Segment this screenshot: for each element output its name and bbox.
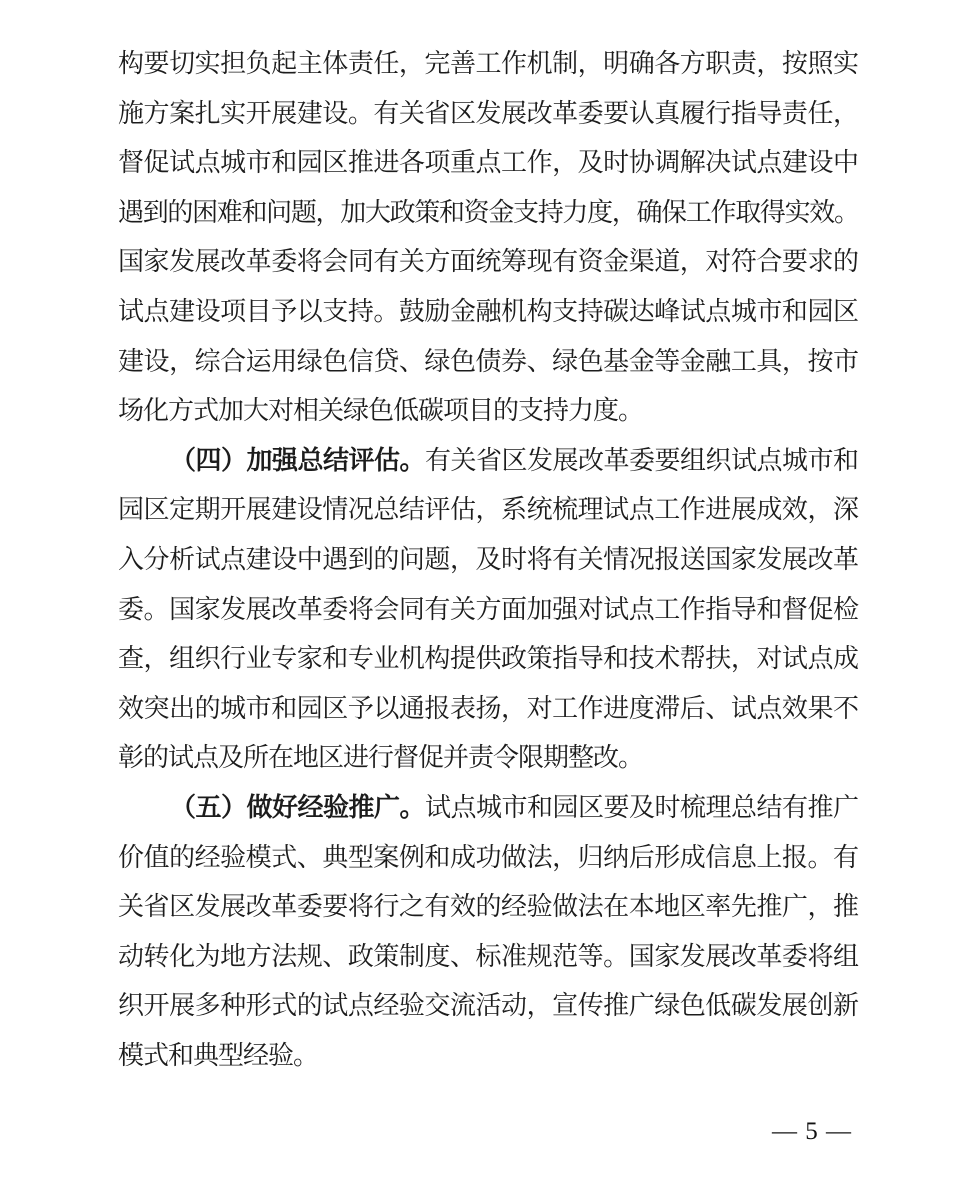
text-line: 试点建设项目予以支持。鼓励金融机构支持碳达峰试点城市和园区 xyxy=(118,287,858,337)
text-line: 效突出的城市和园区予以通报表扬，对工作进度滞后、试点效果不 xyxy=(118,684,858,734)
body-text: 建设，综合运用绿色信贷、绿色债券、绿色基金等金融工具，按市 xyxy=(118,347,858,376)
page-number: — 5 — xyxy=(772,1112,852,1152)
text-line: 动转化为地方法规、政策制度、标准规范等。国家发展改革委将组 xyxy=(118,932,858,982)
body-text: 试点城市和园区要及时梳理总结有推广 xyxy=(425,793,858,822)
text-line: 国家发展改革委将会同有关方面统筹现有资金渠道，对符合要求的 xyxy=(118,237,858,287)
document-body: 构要切实担负起主体责任，完善工作机制，明确各方职责，按照实施方案扎实开展建设。有… xyxy=(118,39,858,1080)
body-text: 园区定期开展建设情况总结评估，系统梳理试点工作进展成效，深 xyxy=(118,495,858,524)
body-text: 织开展多种形式的试点经验交流活动，宣传推广绿色低碳发展创新 xyxy=(118,991,858,1020)
text-line: 建设，综合运用绿色信贷、绿色债券、绿色基金等金融工具，按市 xyxy=(118,337,858,387)
body-text: 委。国家发展改革委将会同有关方面加强对试点工作指导和督促检 xyxy=(118,595,858,624)
body-text: 模式和典型经验。 xyxy=(118,1041,318,1070)
text-line: （四）加强总结评估。有关省区发展改革委要组织试点城市和 xyxy=(118,436,858,486)
body-text: 价值的经验模式、典型案例和成功做法，归纳后形成信息上报。有 xyxy=(118,843,858,872)
body-text: 动转化为地方法规、政策制度、标准规范等。国家发展改革委将组 xyxy=(118,942,858,971)
text-line: 入分析试点建设中遇到的问题，及时将有关情况报送国家发展改革 xyxy=(118,535,858,585)
text-line: 查，组织行业专家和专业机构提供政策指导和技术帮扶，对试点成 xyxy=(118,634,858,684)
text-line: 织开展多种形式的试点经验交流活动，宣传推广绿色低碳发展创新 xyxy=(118,981,858,1031)
text-line: 价值的经验模式、典型案例和成功做法，归纳后形成信息上报。有 xyxy=(118,833,858,883)
text-line: 彰的试点及所在地区进行督促并责令限期整改。 xyxy=(118,733,858,783)
text-line: 遇到的困难和问题，加大政策和资金支持力度，确保工作取得实效。 xyxy=(118,188,858,238)
body-text: 彰的试点及所在地区进行督促并责令限期整改。 xyxy=(118,743,643,772)
body-text: 试点建设项目予以支持。鼓励金融机构支持碳达峰试点城市和园区 xyxy=(118,297,858,326)
text-line: 模式和典型经验。 xyxy=(118,1031,858,1081)
text-line: 督促试点城市和园区推进各项重点工作，及时协调解决试点建设中 xyxy=(118,138,858,188)
section-heading-text: （四）加强总结评估。 xyxy=(170,446,425,475)
body-text: 遇到的困难和问题，加大政策和资金支持力度，确保工作取得实效。 xyxy=(118,198,858,227)
body-text: 有关省区发展改革委要组织试点城市和 xyxy=(425,446,858,475)
text-line: 委。国家发展改革委将会同有关方面加强对试点工作指导和督促检 xyxy=(118,585,858,635)
text-line: 园区定期开展建设情况总结评估，系统梳理试点工作进展成效，深 xyxy=(118,485,858,535)
body-text: 效突出的城市和园区予以通报表扬，对工作进度滞后、试点效果不 xyxy=(118,694,858,723)
body-text: 场化方式加大对相关绿色低碳项目的支持力度。 xyxy=(118,396,643,425)
body-text: 入分析试点建设中遇到的问题，及时将有关情况报送国家发展改革 xyxy=(118,545,858,574)
body-text: 施方案扎实开展建设。有关省区发展改革委要认真履行指导责任， xyxy=(118,99,858,128)
text-line: 场化方式加大对相关绿色低碳项目的支持力度。 xyxy=(118,386,858,436)
text-line: （五）做好经验推广。试点城市和园区要及时梳理总结有推广 xyxy=(118,783,858,833)
text-line: 施方案扎实开展建设。有关省区发展改革委要认真履行指导责任， xyxy=(118,89,858,139)
body-text: 督促试点城市和园区推进各项重点工作，及时协调解决试点建设中 xyxy=(118,148,858,177)
section-heading-text: （五）做好经验推广。 xyxy=(170,793,425,822)
text-line: 关省区发展改革委要将行之有效的经验做法在本地区率先推广，推 xyxy=(118,882,858,932)
text-line: 构要切实担负起主体责任，完善工作机制，明确各方职责，按照实 xyxy=(118,39,858,89)
body-text: 关省区发展改革委要将行之有效的经验做法在本地区率先推广，推 xyxy=(118,892,858,921)
body-text: 构要切实担负起主体责任，完善工作机制，明确各方职责，按照实 xyxy=(118,49,858,78)
body-text: 查，组织行业专家和专业机构提供政策指导和技术帮扶，对试点成 xyxy=(118,644,858,673)
body-text: 国家发展改革委将会同有关方面统筹现有资金渠道，对符合要求的 xyxy=(118,247,858,276)
document-page: 构要切实担负起主体责任，完善工作机制，明确各方职责，按照实施方案扎实开展建设。有… xyxy=(0,0,960,1185)
